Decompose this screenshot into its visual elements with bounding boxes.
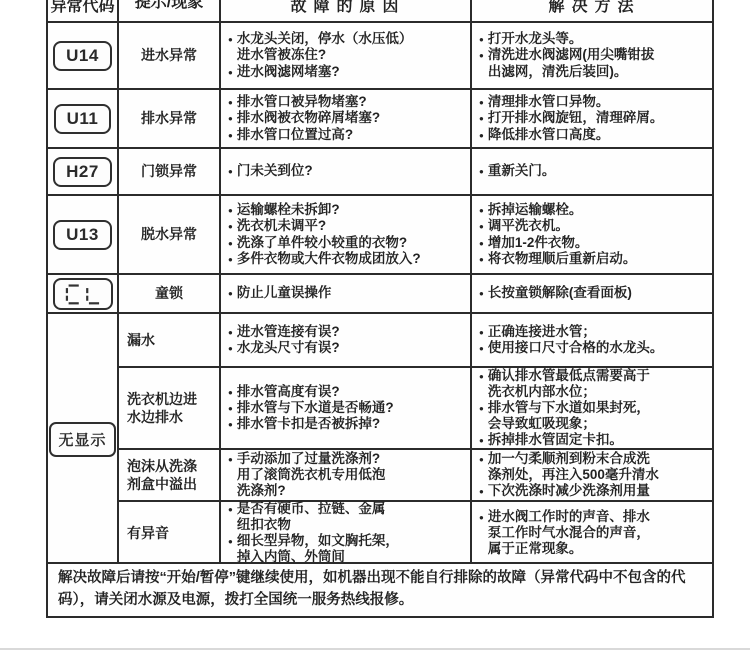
cause-text: 水龙头尺寸有误?	[237, 340, 340, 356]
solution-item: ●拆掉运输螺栓。	[479, 202, 710, 218]
cause-item: ●进水阀滤网堵塞?	[228, 64, 468, 80]
bullet-icon: ●	[479, 487, 484, 497]
solution-text: 拆掉运输螺栓。	[488, 202, 583, 218]
cause-text: 进水阀滤网堵塞?	[237, 64, 340, 80]
solution-item: ●进水阀工作时的声音、排水 泵工作时气水混合的声音， 属于正常现象。	[479, 509, 710, 558]
solution-text: 加一勺柔顺剂到粉末合成洗 涤剂处，再注入500毫升清水	[488, 451, 659, 483]
cause-item: ●进水管连接有误?	[228, 324, 468, 340]
cause-item: ●运输螺栓未拆卸?	[228, 202, 468, 218]
cause-item: ●细长型异物，如文胸托架， 掉入内筒、外筒间	[228, 533, 468, 565]
cause-item: ●排水管口被异物堵塞?	[228, 94, 468, 110]
bullet-icon: ●	[228, 131, 233, 141]
bullet-icon: ●	[479, 98, 484, 108]
no-display-badge: 无显示	[49, 422, 115, 457]
error-code-badge: U14	[53, 41, 112, 71]
cause-text: 排水管口位置过高?	[237, 127, 353, 143]
header-error-code: 异常代码	[48, 0, 119, 21]
phenomenon-label: 排水异常	[119, 90, 221, 147]
table-section-no-display: 无显示 漏水 ●进水管连接有误? ●水龙头尺寸有误? ●正确连接进水管； ●使用…	[48, 312, 712, 564]
cause-text: 多件衣物或大件衣物成团放入?	[237, 251, 421, 267]
cause-text: 洗衣机未调平?	[237, 218, 326, 234]
solution-item: ●拆掉排水管固定卡扣。	[479, 432, 710, 448]
troubleshooting-footer-note: 解决故障后请按“开始/暂停”键继续使用，如机器出现不能自行排除的故障（异常代码中…	[46, 562, 714, 618]
sub-row-inflow-while-draining: 洗衣机边进 水边排水 ●排水管高度有误? ●排水管与下水道是否畅通? ●排水管卡…	[119, 366, 712, 448]
solution-item: ●清洗进水阀滤网(用尖嘴钳拔 出滤网，清洗后装回)。	[479, 47, 710, 79]
bullet-icon: ●	[228, 344, 233, 354]
bullet-icon: ●	[479, 436, 484, 446]
solution-text: 降低排水管口高度。	[488, 127, 610, 143]
solution-item: ●下次洗涤时减少洗涤剂用量	[479, 483, 710, 499]
cause-item: ●多件衣物或大件衣物成团放入?	[228, 251, 468, 267]
bullet-icon: ●	[228, 404, 233, 414]
solution-item: ●打开排水阀旋钮，清理碎屑。	[479, 110, 710, 126]
cause-text: 排水阀被衣物碎屑堵塞?	[237, 110, 380, 126]
cause-text: 洗涤了单件较小较重的衣物?	[237, 235, 407, 251]
solution-text: 排水管与下水道如果封死， 会导致虹吸现象；	[488, 400, 650, 432]
bullet-icon: ●	[479, 131, 484, 141]
bullet-icon: ●	[228, 167, 233, 177]
bullet-icon: ●	[479, 167, 484, 177]
cause-item: ●防止儿童误操作	[228, 285, 468, 301]
sub-row-foam-overflow: 泡沫从洗涤 剂盒中溢出 ●手动添加了过量洗涤剂? 用了滚筒洗衣机专用低泡 洗涤剂…	[119, 448, 712, 500]
cause-item: ●是否有硬币、拉链、金属 纽扣衣物	[228, 501, 468, 533]
bullet-icon: ●	[479, 344, 484, 354]
cause-item: ●排水管口位置过高?	[228, 127, 468, 143]
bullet-icon: ●	[228, 420, 233, 430]
bullet-icon: ●	[228, 35, 233, 45]
header-solution: 解决方法	[472, 0, 712, 21]
solution-text: 进水阀工作时的声音、排水 泵工作时气水混合的声音， 属于正常现象。	[488, 509, 650, 558]
solution-item: ●降低排水管口高度。	[479, 127, 710, 143]
phenomenon-label: 童锁	[119, 275, 221, 312]
bullet-icon: ●	[479, 239, 484, 249]
bullet-icon: ●	[228, 328, 233, 338]
solution-item: ●将衣物理顺后重新启动。	[479, 251, 710, 267]
bullet-icon: ●	[479, 255, 484, 265]
cause-text: 运输螺栓未拆卸?	[237, 202, 340, 218]
cause-text: 门未关到位?	[237, 163, 313, 179]
solution-item: ●增加1-2件衣物。	[479, 235, 710, 251]
bullet-icon: ●	[479, 35, 484, 45]
sub-row-leak: 漏水 ●进水管连接有误? ●水龙头尺寸有误? ●正确连接进水管； ●使用接口尺寸…	[119, 314, 712, 366]
cause-item: ●门未关到位?	[228, 163, 468, 179]
manual-page: { "colors": { "border": "#2b2b2b", "text…	[0, 0, 750, 654]
bullet-icon: ●	[228, 455, 233, 465]
error-code-badge: H27	[53, 157, 112, 187]
cause-item: ●水龙头尺寸有误?	[228, 340, 468, 356]
phenomenon-label: 有异音	[127, 524, 169, 542]
solution-item: ●打开水龙头等。	[479, 31, 710, 47]
table-row-h27: H27 门锁异常 ●门未关到位? ●重新关门。	[48, 147, 712, 194]
solution-text: 调平洗衣机。	[488, 218, 569, 234]
cause-item: ●排水阀被衣物碎屑堵塞?	[228, 110, 468, 126]
cause-text: 进水管连接有误?	[237, 324, 340, 340]
cause-item: ●排水管高度有误?	[228, 384, 468, 400]
solution-item: ●清理排水管口异物。	[479, 94, 710, 110]
bullet-icon: ●	[479, 289, 484, 299]
solution-text: 重新关门。	[488, 163, 556, 179]
bullet-icon: ●	[228, 388, 233, 398]
solution-text: 打开水龙头等。	[488, 31, 583, 47]
solution-item: ●正确连接进水管；	[479, 324, 710, 340]
cause-text: 细长型异物，如文胸托架， 掉入内筒、外筒间	[237, 533, 399, 565]
solution-text: 增加1-2件衣物。	[488, 235, 589, 251]
error-code-badge: U11	[54, 104, 112, 134]
table-row-u13: U13 脱水异常 ●运输螺栓未拆卸? ●洗衣机未调平? ●洗涤了单件较小较重的衣…	[48, 194, 712, 273]
solution-text: 清理排水管口异物。	[488, 94, 610, 110]
cause-text: 手动添加了过量洗涤剂? 用了滚筒洗衣机专用低泡 洗涤剂?	[237, 451, 386, 500]
footer-note-text: 解决故障后请按“开始/暂停”键继续使用，如机器出现不能自行排除的故障（异常代码中…	[58, 568, 702, 612]
page-edge-divider	[0, 648, 750, 650]
bullet-icon: ●	[479, 114, 484, 124]
cause-item: ●手动添加了过量洗涤剂? 用了滚筒洗衣机专用低泡 洗涤剂?	[228, 451, 468, 500]
bullet-icon: ●	[479, 404, 484, 414]
bullet-icon: ●	[228, 505, 233, 515]
phenomenon-label: 门锁异常	[119, 149, 221, 194]
child-lock-seven-segment-icon	[53, 278, 113, 310]
sub-row-abnormal-noise: 有异音 ●是否有硬币、拉链、金属 纽扣衣物 ●细长型异物，如文胸托架， 掉入内筒…	[119, 500, 712, 564]
bullet-icon: ●	[479, 372, 484, 382]
solution-text: 将衣物理顺后重新启动。	[488, 251, 637, 267]
solution-item: ●长按童锁解除(查看面板)	[479, 285, 710, 301]
solution-item: ●排水管与下水道如果封死， 会导致虹吸现象；	[479, 400, 710, 432]
table-row-u14: U14 进水异常 ●水龙头关闭，停水（水压低） 进水管被冻住? ●进水阀滤网堵塞…	[48, 21, 712, 88]
phenomenon-label: 洗衣机边进 水边排水	[127, 390, 197, 426]
bullet-icon: ●	[228, 68, 233, 78]
solution-text: 使用接口尺寸合格的水龙头。	[488, 340, 664, 356]
solution-text: 清洗进水阀滤网(用尖嘴钳拔 出滤网，清洗后装回)。	[488, 47, 655, 79]
cause-text: 防止儿童误操作	[237, 285, 332, 301]
phenomenon-label: 进水异常	[119, 23, 221, 88]
solution-text: 下次洗涤时减少洗涤剂用量	[488, 483, 650, 499]
table-row-cl: 童锁 ●防止儿童误操作 ●长按童锁解除(查看面板)	[48, 273, 712, 312]
bullet-icon: ●	[479, 328, 484, 338]
phenomenon-label: 漏水	[127, 331, 155, 349]
solution-item: ●使用接口尺寸合格的水龙头。	[479, 340, 710, 356]
bullet-icon: ●	[228, 206, 233, 216]
cause-item: ●排水管卡扣是否被拆掉?	[228, 416, 468, 432]
table-header-row: 异常代码 提示/现象 故障的原因 解决方法	[48, 0, 712, 21]
bullet-icon: ●	[228, 289, 233, 299]
solution-item: ●调平洗衣机。	[479, 218, 710, 234]
cause-text: 是否有硬币、拉链、金属 纽扣衣物	[237, 501, 386, 533]
solution-text: 长按童锁解除(查看面板)	[488, 285, 632, 301]
bullet-icon: ●	[228, 537, 233, 547]
table-row-u11: U11 排水异常 ●排水管口被异物堵塞? ●排水阀被衣物碎屑堵塞? ●排水管口位…	[48, 88, 712, 147]
bullet-icon: ●	[228, 255, 233, 265]
solution-text: 正确连接进水管；	[488, 324, 596, 340]
cause-text: 排水管与下水道是否畅通?	[237, 400, 394, 416]
cause-item: ●水龙头关闭，停水（水压低） 进水管被冻住?	[228, 31, 468, 63]
cause-item: ●洗涤了单件较小较重的衣物?	[228, 235, 468, 251]
bullet-icon: ●	[228, 239, 233, 249]
solution-text: 打开排水阀旋钮，清理碎屑。	[488, 110, 664, 126]
cause-item: ●排水管与下水道是否畅通?	[228, 400, 468, 416]
bullet-icon: ●	[479, 206, 484, 216]
phenomenon-label: 泡沫从洗涤 剂盒中溢出	[127, 457, 197, 493]
error-code-badge: U13	[53, 220, 112, 250]
header-phenomenon: 提示/现象	[119, 0, 221, 21]
bullet-icon: ●	[479, 222, 484, 232]
cause-text: 排水管卡扣是否被拆掉?	[237, 416, 380, 432]
bullet-icon: ●	[228, 98, 233, 108]
cause-text: 排水管口被异物堵塞?	[237, 94, 367, 110]
bullet-icon: ●	[479, 513, 484, 523]
solution-item: ●加一勺柔顺剂到粉末合成洗 涤剂处，再注入500毫升清水	[479, 451, 710, 483]
bullet-icon: ●	[228, 222, 233, 232]
phenomenon-label: 脱水异常	[119, 196, 221, 273]
cause-text: 水龙头关闭，停水（水压低） 进水管被冻住?	[237, 31, 413, 63]
bullet-icon: ●	[479, 455, 484, 465]
cause-item: ●洗衣机未调平?	[228, 218, 468, 234]
bullet-icon: ●	[228, 114, 233, 124]
bullet-icon: ●	[479, 51, 484, 61]
solution-text: 拆掉排水管固定卡扣。	[488, 432, 623, 448]
cause-text: 排水管高度有误?	[237, 384, 340, 400]
fault-code-table: 异常代码 提示/现象 故障的原因 解决方法 U14 进水异常 ●水龙头关闭，停水…	[46, 0, 714, 566]
solution-item: ●重新关门。	[479, 163, 710, 179]
solution-item: ●确认排水管最低点需要高于 洗衣机内部水位；	[479, 368, 710, 400]
solution-text: 确认排水管最低点需要高于 洗衣机内部水位；	[488, 368, 650, 400]
header-cause: 故障的原因	[221, 0, 472, 21]
